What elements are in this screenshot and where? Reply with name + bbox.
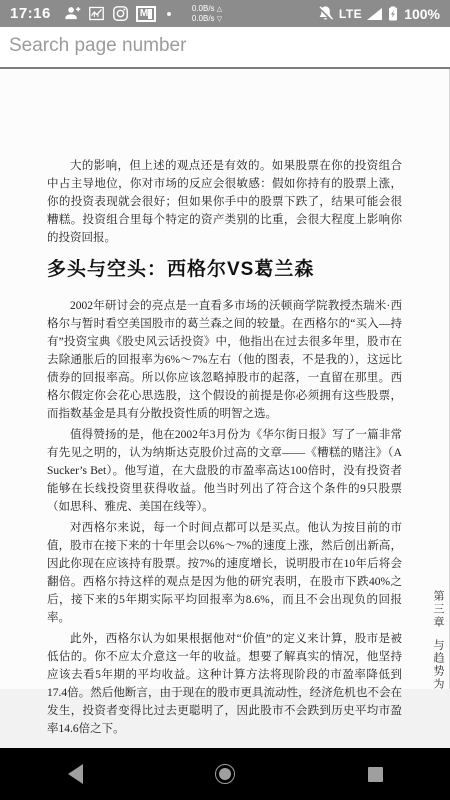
chapter-side-label: 第三章 与趋势为 — [430, 590, 446, 691]
recents-icon — [368, 767, 383, 782]
paragraph: 2002年研讨会的亮点是一直看多市场的沃顿商学院教授杰瑞米·西格尔与暂时看空美国… — [47, 297, 402, 423]
paragraph: 大的影响，但上述的观点还是有效的。如果股票在你的投资组合中占主导地位，你对市场的… — [47, 157, 402, 247]
camera-app-icon — [112, 5, 129, 22]
chapter-title: 与趋势为 — [430, 639, 446, 691]
battery-percent-label: 100% — [404, 6, 440, 22]
person-add-icon — [64, 5, 81, 22]
home-button[interactable] — [195, 754, 255, 794]
upload-arrow-icon: △ — [217, 6, 222, 13]
stock-chart-icon — [88, 5, 105, 22]
reader-content-area: 大的影响，但上述的观点还是有效的。如果股票在你的投资组合中占主导地位，你对市场的… — [0, 69, 450, 746]
network-speed-indicator: 0.0B/s △ 0.0B/s ▽ — [192, 4, 222, 24]
bell-off-icon — [317, 5, 334, 22]
network-type-label: LTE — [339, 7, 362, 21]
section-heading: 多头与空头：西格尔VS葛兰森 — [47, 257, 402, 283]
signal-strength-icon — [367, 8, 382, 20]
search-page-number-input[interactable] — [0, 27, 450, 67]
download-arrow-icon: ▽ — [217, 16, 222, 23]
battery-charging-icon — [387, 5, 399, 22]
m-reader-app-icon: M — [136, 6, 156, 22]
android-screen: 17:16 M 0.0B/s △ 0.0B/s ▽ LTE 100 — [0, 0, 450, 800]
back-button[interactable] — [45, 754, 105, 794]
clock: 17:16 — [10, 5, 51, 22]
book-page[interactable]: 大的影响，但上述的观点还是有效的。如果股票在你的投资组合中占主导地位，你对市场的… — [0, 69, 450, 689]
search-bar — [0, 27, 450, 69]
overflow-dot-icon — [167, 12, 171, 16]
chapter-number: 第三章 — [430, 590, 446, 629]
paragraph: 对西格尔来说，每一个时间点都可以是买点。他认为按目前的市值，股市在接下来的十年里… — [47, 519, 402, 627]
paragraph: 此外，西格尔认为如果根据他对“价值”的定义来计算，股市是被低估的。你不应太介意这… — [47, 630, 402, 738]
back-icon — [68, 764, 83, 784]
recents-button[interactable] — [345, 754, 405, 794]
home-icon — [215, 764, 235, 784]
status-bar: 17:16 M 0.0B/s △ 0.0B/s ▽ LTE 100 — [0, 0, 450, 27]
android-nav-bar — [0, 748, 450, 800]
paragraph: 值得赞扬的是，他在2002年3月份为《华尔街日报》写了一篇非常有先见之明的，认为… — [47, 426, 402, 516]
